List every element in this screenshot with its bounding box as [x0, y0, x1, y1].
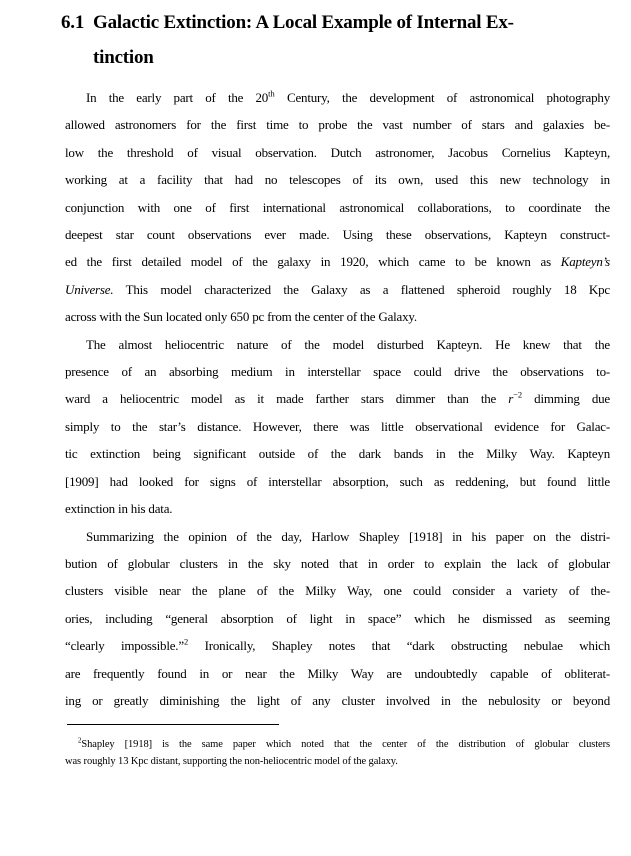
text-line: deepest star count observations ever mad… — [65, 221, 610, 248]
section-title: Galactic Extinction: A Local Example of … — [93, 5, 610, 75]
text-line: ing or greatly diminishing the light of … — [65, 687, 610, 714]
footnote: 2Shapley [1918] is the same paper which … — [65, 736, 610, 770]
text-column: 6.1 Galactic Extinction: A Local Example… — [65, 0, 610, 770]
text-line: bution of globular clusters in the sky n… — [65, 550, 610, 577]
text-line: In the early part of the 20th Century, t… — [65, 84, 610, 111]
text-line: clusters visible near the plane of the M… — [65, 577, 610, 604]
body-text: In the early part of the 20th Century, t… — [65, 84, 610, 714]
text-line: tic extinction being significant outside… — [65, 440, 610, 467]
text-line: ories, including “general absorption of … — [65, 605, 610, 632]
text-line: [1909] had looked for signs of interstel… — [65, 468, 610, 495]
text-line: 2Shapley [1918] is the same paper which … — [65, 736, 610, 753]
section-number: 6.1 — [61, 5, 93, 75]
text-line: across with the Sun located only 650 pc … — [65, 303, 610, 330]
text-line: are frequently found in or near the Milk… — [65, 660, 610, 687]
text-line: “clearly impossible.”2 Ironically, Shapl… — [65, 632, 610, 659]
text-line: The almost heliocentric nature of the mo… — [65, 331, 610, 358]
text-line: Universe. This model characterized the G… — [65, 276, 610, 303]
footnote-rule — [67, 724, 279, 725]
text-line: ward a heliocentric model as it made far… — [65, 385, 610, 412]
section-heading: 6.1 Galactic Extinction: A Local Example… — [61, 0, 610, 75]
section-title-line1: Galactic Extinction: A Local Example of … — [93, 5, 610, 40]
text-line: extinction in his data. — [65, 495, 610, 522]
text-line: presence of an absorbing medium in inter… — [65, 358, 610, 385]
text-line: was roughly 13 Kpc distant, supporting t… — [65, 753, 610, 770]
text-line: Summarizing the opinion of the day, Harl… — [65, 523, 610, 550]
text-line: conjunction with one of first internatio… — [65, 194, 610, 221]
text-line: simply to the star’s distance. However, … — [65, 413, 610, 440]
document-page: 6.1 Galactic Extinction: A Local Example… — [0, 0, 631, 856]
text-line: allowed astronomers for the first time t… — [65, 111, 610, 138]
text-line: low the threshold of visual observation.… — [65, 139, 610, 166]
text-line: ed the first detailed model of the galax… — [65, 248, 610, 275]
section-title-line2: tinction — [93, 40, 610, 75]
text-line: working at a facility that had no telesc… — [65, 166, 610, 193]
